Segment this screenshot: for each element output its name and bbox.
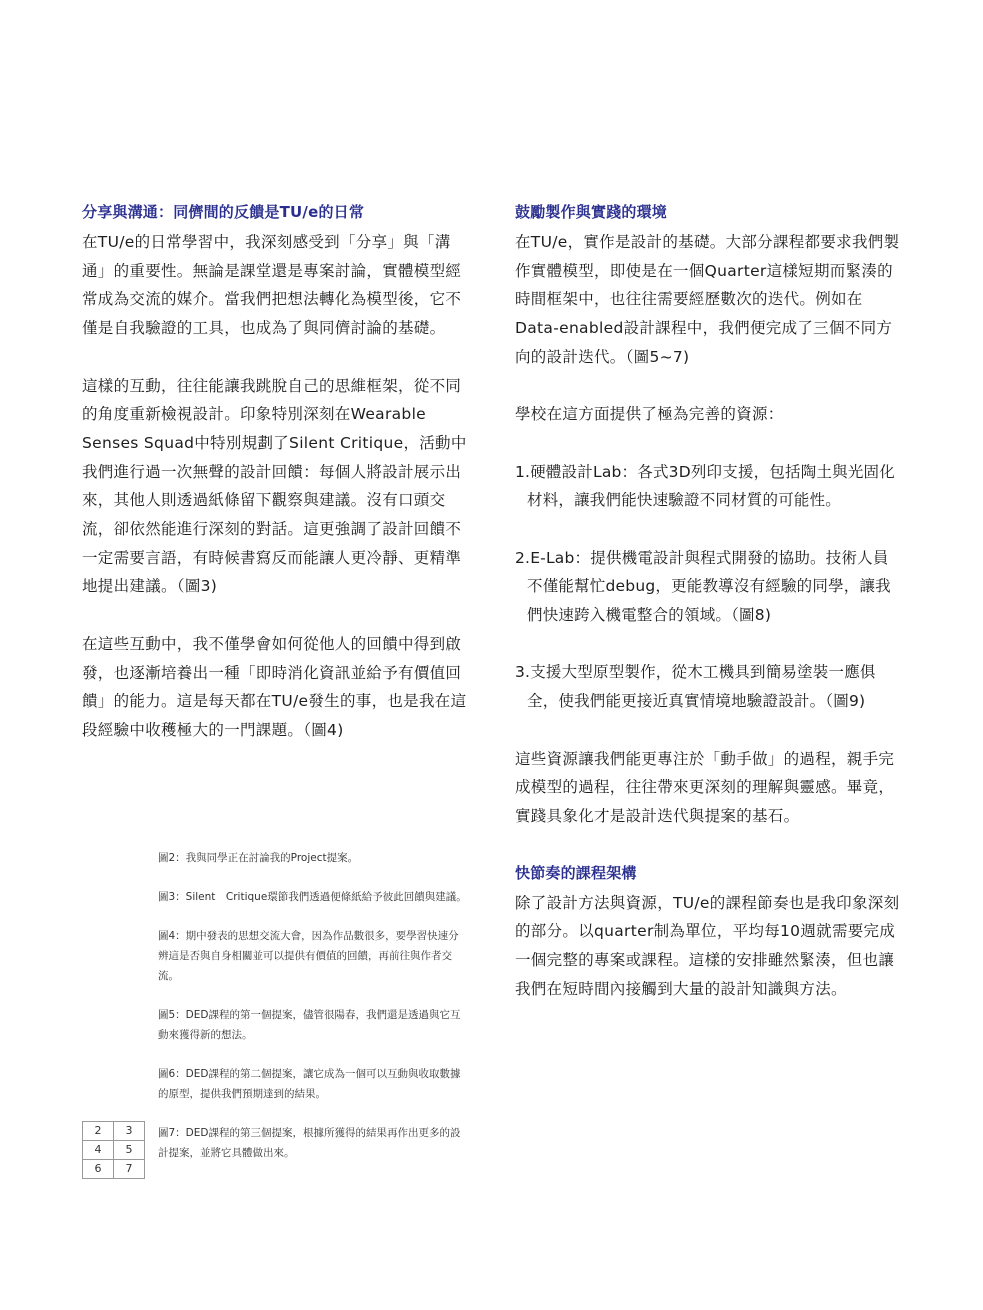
paragraph: 在TU/e的日常學習中，我深刻感受到「分享」與「溝通」的重要性。無論是課堂還是專… [82, 228, 467, 343]
paragraph: 在這些互動中，我不僅學會如何從他人的回饋中得到啟發，也逐漸培養出一種「即時消化資… [82, 630, 467, 745]
resource-item: 1.硬體設計Lab：各式3D列印支援，包括陶土與光固化材料，讓我們能快速驗證不同… [515, 458, 900, 515]
right-column: 鼓勵製作與實踐的環境 在TU/e，實作是設計的基礎。大部分課程都要求我們製作實體… [515, 200, 900, 1004]
section-heading-sharing: 分享與溝通：同儕間的反饋是TU/e的日常 [82, 200, 467, 224]
section-heading-pace: 快節奏的課程架構 [515, 861, 900, 885]
grid-cell: 2 [83, 1122, 114, 1141]
figure-layout-grid: 2 3 4 5 6 7 [82, 1121, 145, 1179]
caption-fig2: 圖2：我與同學正在討論我的Project提案。 [158, 848, 468, 868]
caption-fig7: 圖7：DED課程的第三個提案，根據所獲得的結果再作出更多的設計提案，並將它具體做… [158, 1123, 468, 1163]
paragraph: 除了設計方法與資源，TU/e的課程節奏也是我印象深刻的部分。以quarter制為… [515, 889, 900, 1004]
grid-cell: 5 [114, 1141, 145, 1160]
caption-fig3: 圖3：Silent Critique環節我們透過便條紙給予彼此回饋與建議。 [158, 887, 468, 907]
grid-cell: 3 [114, 1122, 145, 1141]
paragraph: 學校在這方面提供了極為完善的資源： [515, 400, 900, 429]
resource-item: 2.E-Lab：提供機電設計與程式開發的協助。技術人員不僅能幫忙debug，更能… [515, 544, 900, 630]
left-column: 分享與溝通：同儕間的反饋是TU/e的日常 在TU/e的日常學習中，我深刻感受到「… [82, 200, 467, 745]
grid-cell: 7 [114, 1160, 145, 1179]
caption-fig5: 圖5：DED課程的第一個提案，儘管很陽春，我們還是透過與它互動來獲得新的想法。 [158, 1005, 468, 1045]
caption-fig6: 圖6：DED課程的第二個提案，讓它成為一個可以互動與收取數據的原型，提供我們預期… [158, 1064, 468, 1104]
paragraph: 這樣的互動，往往能讓我跳脫自己的思維框架，從不同的角度重新檢視設計。印象特別深刻… [82, 372, 467, 602]
grid-cell: 6 [83, 1160, 114, 1179]
resource-item: 3.支援大型原型製作，從木工機具到簡易塗裝一應俱全，使我們能更接近真實情境地驗證… [515, 658, 900, 715]
paragraph: 這些資源讓我們能更專注於「動手做」的過程，親手完成模型的過程，往往帶來更深刻的理… [515, 745, 900, 831]
section-heading-making: 鼓勵製作與實踐的環境 [515, 200, 900, 224]
grid-cell: 4 [83, 1141, 114, 1160]
figure-captions: 圖2：我與同學正在討論我的Project提案。 圖3：Silent Critiq… [158, 848, 468, 1182]
paragraph: 在TU/e，實作是設計的基礎。大部分課程都要求我們製作實體模型，即使是在一個Qu… [515, 228, 900, 372]
caption-fig4: 圖4：期中發表的思想交流大會，因為作品數很多，要學習快速分辨這是否與自身相關並可… [158, 926, 468, 986]
